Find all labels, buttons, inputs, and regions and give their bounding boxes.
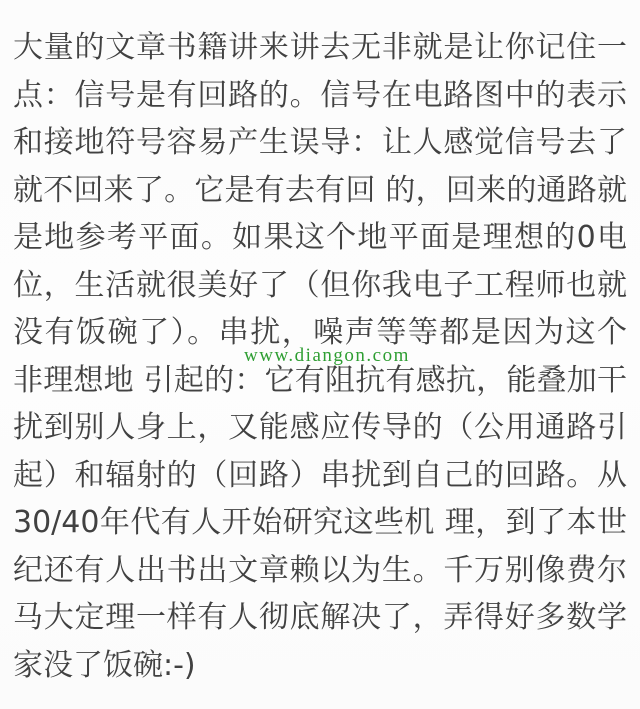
text-line-14: 家没了饭碗:-) xyxy=(13,642,627,690)
text-line-10: 起）和辐射的（回路）串扰到自己的回路。从 xyxy=(13,452,627,500)
text-line-5: 是地参考平面。如果这个地平面是理想的0电 xyxy=(13,214,627,262)
article-body: 大量的文章书籍讲来讲去无非就是让你记住一 点：信号是有回路的。信号在电路图中的表… xyxy=(13,24,627,689)
text-line-12: 纪还有人出书出文章赖以为生。千万别像费尔 xyxy=(13,547,627,595)
text-line-6: 位，生活就很美好了（但你我电子工程师也就 xyxy=(13,262,627,310)
text-line-3: 和接地符号容易产生误导：让人感觉信号去了 xyxy=(13,119,627,167)
article-page: 大量的文章书籍讲来讲去无非就是让你记住一 点：信号是有回路的。信号在电路图中的表… xyxy=(0,0,640,709)
text-line-7: 没有饭碗了）。串扰，噪声等等都是因为这个 xyxy=(13,309,627,357)
text-line-4: 就不回来了。它是有去有回 的，回来的通路就 xyxy=(13,167,627,215)
text-line-1: 大量的文章书籍讲来讲去无非就是让你记住一 xyxy=(13,24,627,72)
text-line-9: 扰到别人身上，又能感应传导的（公用通路引 xyxy=(13,404,627,452)
text-line-13: 马大定理一样有人彻底解决了，弄得好多数学 xyxy=(13,594,627,642)
text-line-11: 30/40年代有人开始研究这些机 理，到了本世 xyxy=(13,499,627,547)
text-line-8: 非理想地 引起的：它有阻抗有感抗，能叠加干 xyxy=(13,357,627,405)
text-line-2: 点：信号是有回路的。信号在电路图中的表示 xyxy=(13,72,627,120)
